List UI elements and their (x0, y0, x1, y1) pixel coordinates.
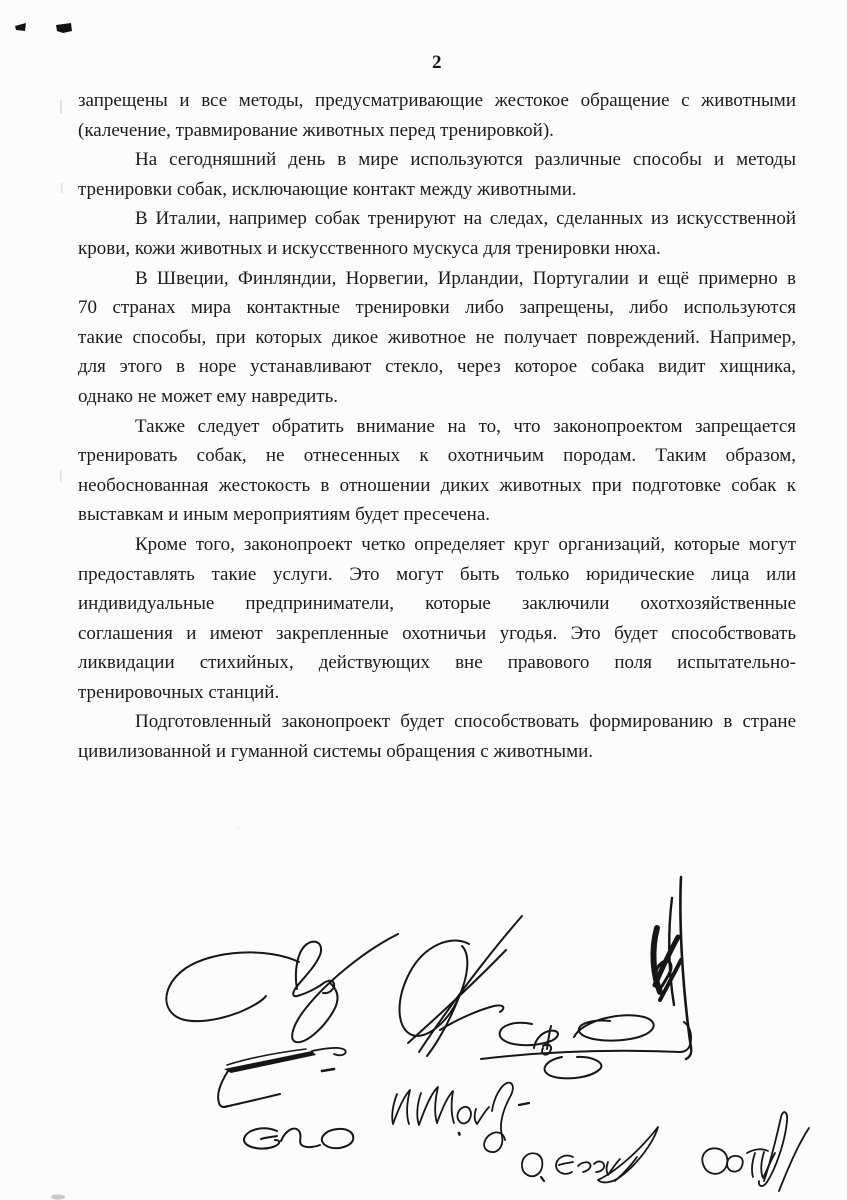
text-line: тренировки собак, исключающие контакт ме… (78, 175, 796, 205)
paragraph: запрещены и все методы, предусматривающи… (78, 86, 796, 145)
text-line: такие способы, при которых дикое животно… (78, 323, 796, 353)
signature-6 (244, 1128, 353, 1148)
text-line: На сегодняшний день в мире используются … (78, 145, 796, 175)
scan-mark-top-left (15, 23, 72, 33)
text-line: для этого в норе устанавливают стекло, ч… (78, 352, 796, 382)
text-line: тренировочных станций. (78, 678, 796, 708)
text-line: соглашения и имеют закрепленные охотничь… (78, 619, 796, 649)
text-line: ликвидации стихийных, действующих вне пр… (78, 648, 796, 678)
paragraph: В Швеции, Финляндии, Норвегии, Ирландии,… (78, 264, 796, 412)
text-line: однако не может ему навредить. (78, 382, 796, 412)
signature-2 (400, 916, 523, 1056)
text-line: запрещены и все методы, предусматривающи… (78, 86, 796, 116)
text-line: необоснованная жестокость в отношении ди… (78, 471, 796, 501)
scan-smudge-bottom-left (51, 1194, 65, 1199)
text-line: индивидуальные предприниматели, которые … (78, 589, 796, 619)
paragraph: На сегодняшний день в мире используются … (78, 145, 796, 204)
signature-4 (481, 1015, 691, 1078)
signature-1 (166, 934, 398, 1042)
text-line: Кроме того, законопроект четко определяе… (78, 530, 796, 560)
signature-5 (218, 1048, 346, 1107)
text-line: (калечение, травмирование животных перед… (78, 116, 796, 146)
paragraph: Кроме того, законопроект четко определяе… (78, 530, 796, 708)
text-line: Подготовленный законопроект будет способ… (78, 707, 796, 737)
text-line: выставкам и иным мероприятиям будет прес… (78, 500, 796, 530)
text-line: В Швеции, Финляндии, Норвегии, Ирландии,… (78, 264, 796, 294)
text-line: цивилизованной и гуманной системы обраще… (78, 737, 796, 767)
paragraph: В Италии, например собак тренируют на сл… (78, 204, 796, 263)
signature-3 (653, 877, 691, 1059)
text-line: Также следует обратить внимание на то, ч… (78, 412, 796, 442)
text-line: предоставлять такие услуги. Это могут бы… (78, 560, 796, 590)
text-line: крови, кожи животных и искусственного му… (78, 234, 796, 264)
page-number: 2 (78, 52, 796, 74)
paragraph: Также следует обратить внимание на то, ч… (78, 412, 796, 530)
signature-9 (702, 1112, 809, 1191)
text-line: 70 странах мира контактные тренировки ли… (78, 293, 796, 323)
document-page: 2 запрещены и все методы, предусматриваю… (0, 0, 847, 1200)
text-line: В Италии, например собак тренируют на сл… (78, 204, 796, 234)
paragraph: Подготовленный законопроект будет способ… (78, 707, 796, 766)
signature-7 (392, 1083, 529, 1152)
signature-8 (522, 1127, 658, 1182)
text-line: тренировать собак, не отнесенных к охотн… (78, 441, 796, 471)
document-body: запрещены и все методы, предусматривающи… (78, 86, 796, 767)
